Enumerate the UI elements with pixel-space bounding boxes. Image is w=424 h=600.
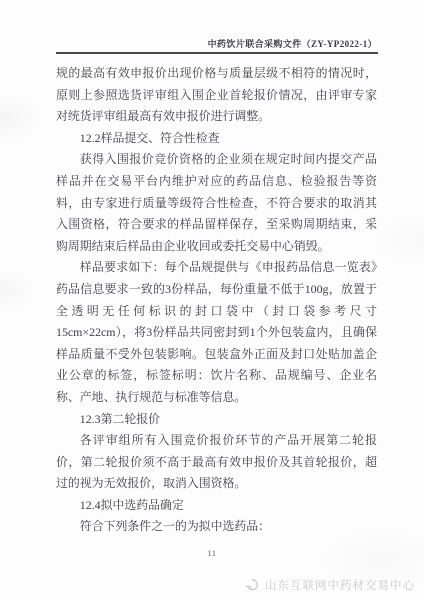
section-heading: 12.3第二轮报价 bbox=[56, 409, 377, 431]
document-header-title: 中药饮片联合采购文件（ZY-YP2022-1） bbox=[208, 37, 377, 50]
document-page: 中药饮片联合采购文件（ZY-YP2022-1） 规的最高有效申报价出现价格与质量… bbox=[0, 0, 424, 600]
footer-watermark-text: 山东互联网中药材交易中心 bbox=[265, 577, 415, 593]
paragraph: 各评审组所有入围竞价报价环节的产品开展第二轮报价，第二轮报价须不高于最高有效申报… bbox=[56, 430, 377, 495]
paragraph: 获得入围报价竞价资格的企业须在规定时间内提交产品样品并在交易平台内维护对应的药品… bbox=[56, 149, 377, 257]
page-number: 11 bbox=[0, 549, 424, 558]
section-heading: 12.4拟中选药品确定 bbox=[56, 495, 377, 517]
paragraph: 规的最高有效申报价出现价格与质量层级不相符的情况时，原则上参照选货评审组入围企业… bbox=[56, 63, 377, 128]
paragraph: 样品要求如下：每个品规提供与《申报药品信息一览表》药品信息要求一致的3份样品，每… bbox=[56, 257, 377, 408]
document-body: 规的最高有效申报价出现价格与质量层级不相符的情况时，原则上参照选货评审组入围企业… bbox=[56, 63, 377, 538]
trade-center-logo-icon bbox=[245, 578, 261, 592]
paragraph: 符合下列条件之一的为拟中选药品： bbox=[56, 516, 377, 538]
footer-watermark: 山东互联网中药材交易中心 bbox=[245, 577, 415, 593]
header-rule bbox=[56, 52, 378, 54]
section-heading: 12.2样品提交、符合性检查 bbox=[56, 128, 377, 150]
